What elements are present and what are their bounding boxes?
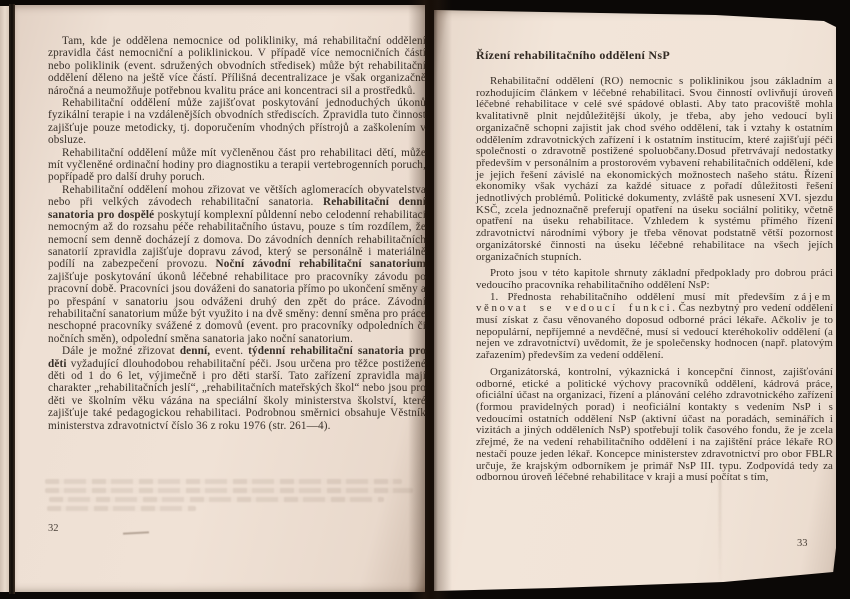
text-segment: Organizátorská, kontrolní, výkaznická i …	[476, 366, 833, 483]
text-segment: 1. Přednosta rehabilitačního oddělení mu…	[490, 291, 794, 303]
text-segment: Tam, kde je oddělena nemocnice od polikl…	[48, 35, 426, 97]
text-segment: Noční závodní rehabilitační sanatorium	[216, 258, 426, 270]
paragraph: Rehabilitační oddělení mohou zřizovat ve…	[48, 184, 426, 345]
left-page-text: Tam, kde je oddělena nemocnice od polikl…	[48, 35, 426, 432]
text-segment: zajišťuje poskytování úkonů léčebné reha…	[48, 271, 426, 345]
text-segment: Proto jsou v této kapitole shrnuty zákla…	[476, 267, 833, 291]
left-page-number: 32	[48, 523, 59, 534]
right-page-text: Rehabilitační oddělení (RO) nemocnic s p…	[476, 76, 833, 484]
ghost-line	[45, 488, 413, 493]
text-segment: vyžadující dlouhodobou rehabilitační péč…	[48, 358, 426, 432]
paragraph: Rehabilitační oddělení může zajišťovat p…	[48, 97, 426, 147]
page-stack-edge	[0, 6, 9, 592]
paragraph: 1. Přednosta rehabilitačního oddělení mu…	[476, 292, 833, 362]
text-segment: denní,	[180, 345, 210, 357]
ghost-line	[47, 506, 196, 511]
text-segment: Rehabilitační oddělení (RO) nemocnic s p…	[476, 75, 833, 263]
text-segment: Rehabilitační oddělení může mít vyčleněn…	[48, 147, 426, 184]
text-segment: Dále je možné zřizovat	[62, 345, 180, 357]
left-page: Tam, kde je oddělena nemocnice od polikl…	[15, 5, 425, 592]
text-segment: Rehabilitační oddělení může zajišťovat p…	[48, 97, 426, 146]
ghost-line	[49, 497, 384, 502]
scanned-book-spread: Tam, kde je oddělena nemocnice od polikl…	[0, 0, 850, 599]
chapter-heading: Řízení rehabilitačního oddělení NsP	[476, 48, 836, 63]
pencil-mark	[123, 531, 149, 534]
paragraph: Proto jsou v této kapitole shrnuty zákla…	[476, 268, 833, 291]
paragraph: Rehabilitační oddělení (RO) nemocnic s p…	[476, 76, 833, 263]
paragraph: Tam, kde je oddělena nemocnice od polikl…	[48, 35, 426, 97]
ghost-line	[45, 479, 402, 484]
right-page-number: 33	[797, 538, 808, 549]
right-page: Řízení rehabilitačního oddělení NsP Reha…	[434, 8, 836, 592]
paragraph: Organizátorská, kontrolní, výkaznická i …	[476, 367, 833, 484]
paragraph: Dále je možné zřizovat denní, event. týd…	[48, 345, 426, 432]
text-segment: event.	[210, 345, 248, 357]
bleed-through-ghost-text	[45, 475, 417, 515]
paper-crease	[719, 478, 721, 588]
paragraph: Rehabilitační oddělení může mít vyčleněn…	[48, 147, 426, 184]
